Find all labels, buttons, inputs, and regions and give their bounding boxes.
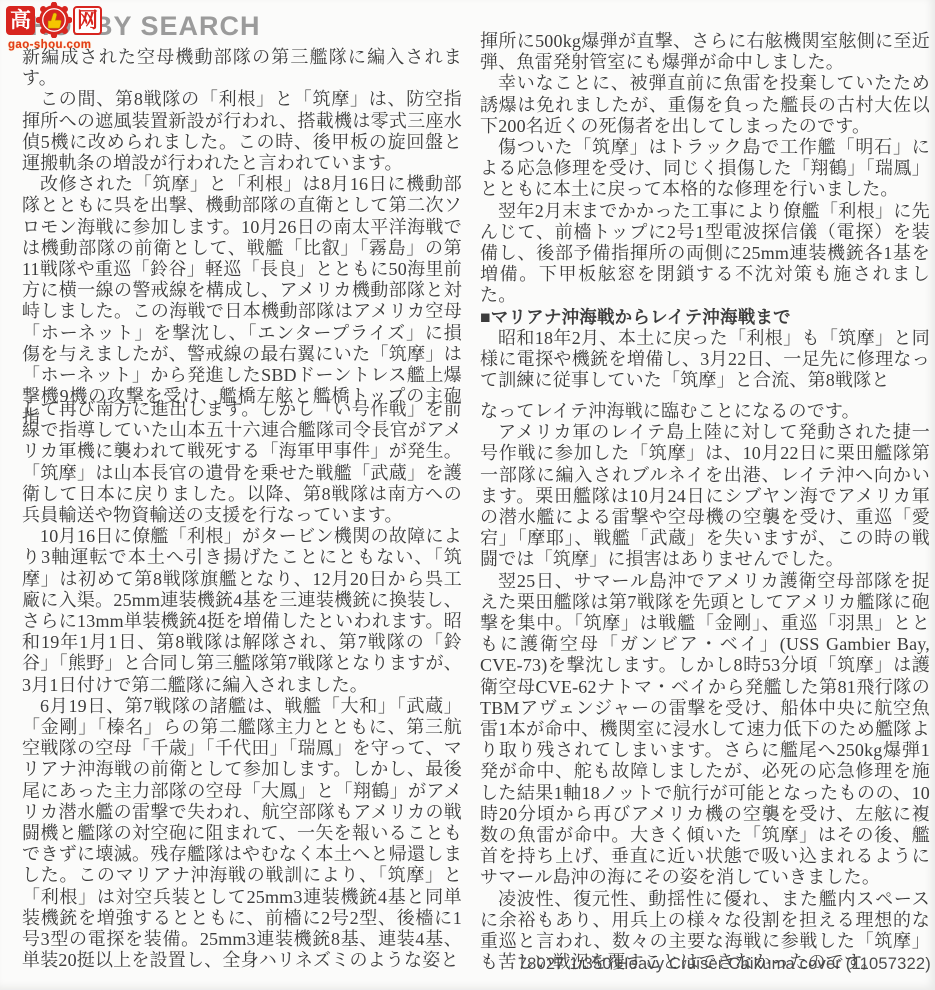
- paragraph: 翌25日、サマール島沖でアメリカ護衛空母部隊を捉えた栗田艦隊は第7戦隊を先頭とし…: [480, 571, 930, 889]
- scanned-document-page: HOBBY SEARCH 高 网 gao-s: [0, 0, 935, 990]
- paragraph: この間、第8戦隊の「利根」と「筑摩」は、防空指揮所への遮風装置新設が行われ、搭載…: [22, 89, 462, 174]
- watermark-gear-badge: [36, 2, 72, 38]
- paragraph: 翌年2月末までかかった工事により僚艦「利根」に先んじて、前檣トップに2号1型電波…: [480, 201, 930, 307]
- paragraph: 揮所に500kg爆弾が直撃、さらに右舷機関室舷側に至近弾、魚雷発射管室にも爆弾が…: [480, 31, 930, 73]
- paragraph: 昭和18年2月、本土に戻った「利根」も「筑摩」と同様に電探や機銃を増備し、3月2…: [480, 328, 930, 392]
- paragraph: 10月16日に僚艦「利根」がタービン機関の故障により3軸運転で本土へ引き揚げたこ…: [22, 526, 462, 696]
- paragraph: 傷ついた「筑摩」はトラック島で工作艦「明石」による応急修理を受け、同じく損傷した…: [480, 137, 930, 201]
- paragraph: なってレイテ沖海戦に臨むことになるのです。: [480, 401, 930, 422]
- paragraph: 改修された「筑摩」と「利根」は8月16日に機動部隊とともに呉を出撃、機動部隊の直…: [22, 174, 462, 428]
- paragraph: 幸いなことに、被弾直前に魚雷を投棄していたため誘爆は免れましたが、重傷を負った艦…: [480, 73, 930, 137]
- right-column-block-2: なってレイテ沖海戦に臨むことになるのです。アメリカ軍のレイテ島上陸に対して発動さ…: [480, 401, 930, 973]
- watermark-domain-text: gao-shou.com: [8, 39, 102, 51]
- thumbs-up-icon: [36, 2, 72, 38]
- left-column-block-1: 新編成された空母機動部隊の第三艦隊に編入されます。この間、第8戦隊の「利根」と「…: [22, 47, 462, 429]
- watermark-wang-badge: 网: [73, 6, 102, 35]
- footer-caption: 78027 1/350 Heavy Cruiser Chikuma cover …: [518, 955, 931, 974]
- paragraph: アメリカ軍のレイテ島上陸に対して発動された捷一号作戦に参加した「筑摩」は、10月…: [480, 422, 930, 570]
- paragraph: 新編成された空母機動部隊の第三艦隊に編入されます。: [22, 47, 462, 89]
- paragraph: して再び南方に進出します。しかし「い号作戦」を前線で指導していた山本五十六連合艦…: [22, 399, 462, 526]
- left-column-block-2: して再び南方に進出します。しかし「い号作戦」を前線で指導していた山本五十六連合艦…: [22, 399, 462, 971]
- paragraph: 6月19日、第7戦隊の諸艦は、戦艦「大和」「武蔵」「金剛」「榛名」らの第二艦隊主…: [22, 696, 462, 972]
- right-column-block-1: 揮所に500kg爆弾が直撃、さらに右舷機関室舷側に至近弾、魚雷発射管室にも爆弾が…: [480, 31, 930, 391]
- gaoshou-watermark: 高 网 gao-shou.com: [6, 2, 102, 51]
- watermark-gao-badge: 高: [6, 6, 35, 35]
- section-heading: ■マリアナ沖海戦からレイテ沖海戦まで: [480, 307, 930, 328]
- watermark-badges-row: 高 网: [6, 2, 102, 38]
